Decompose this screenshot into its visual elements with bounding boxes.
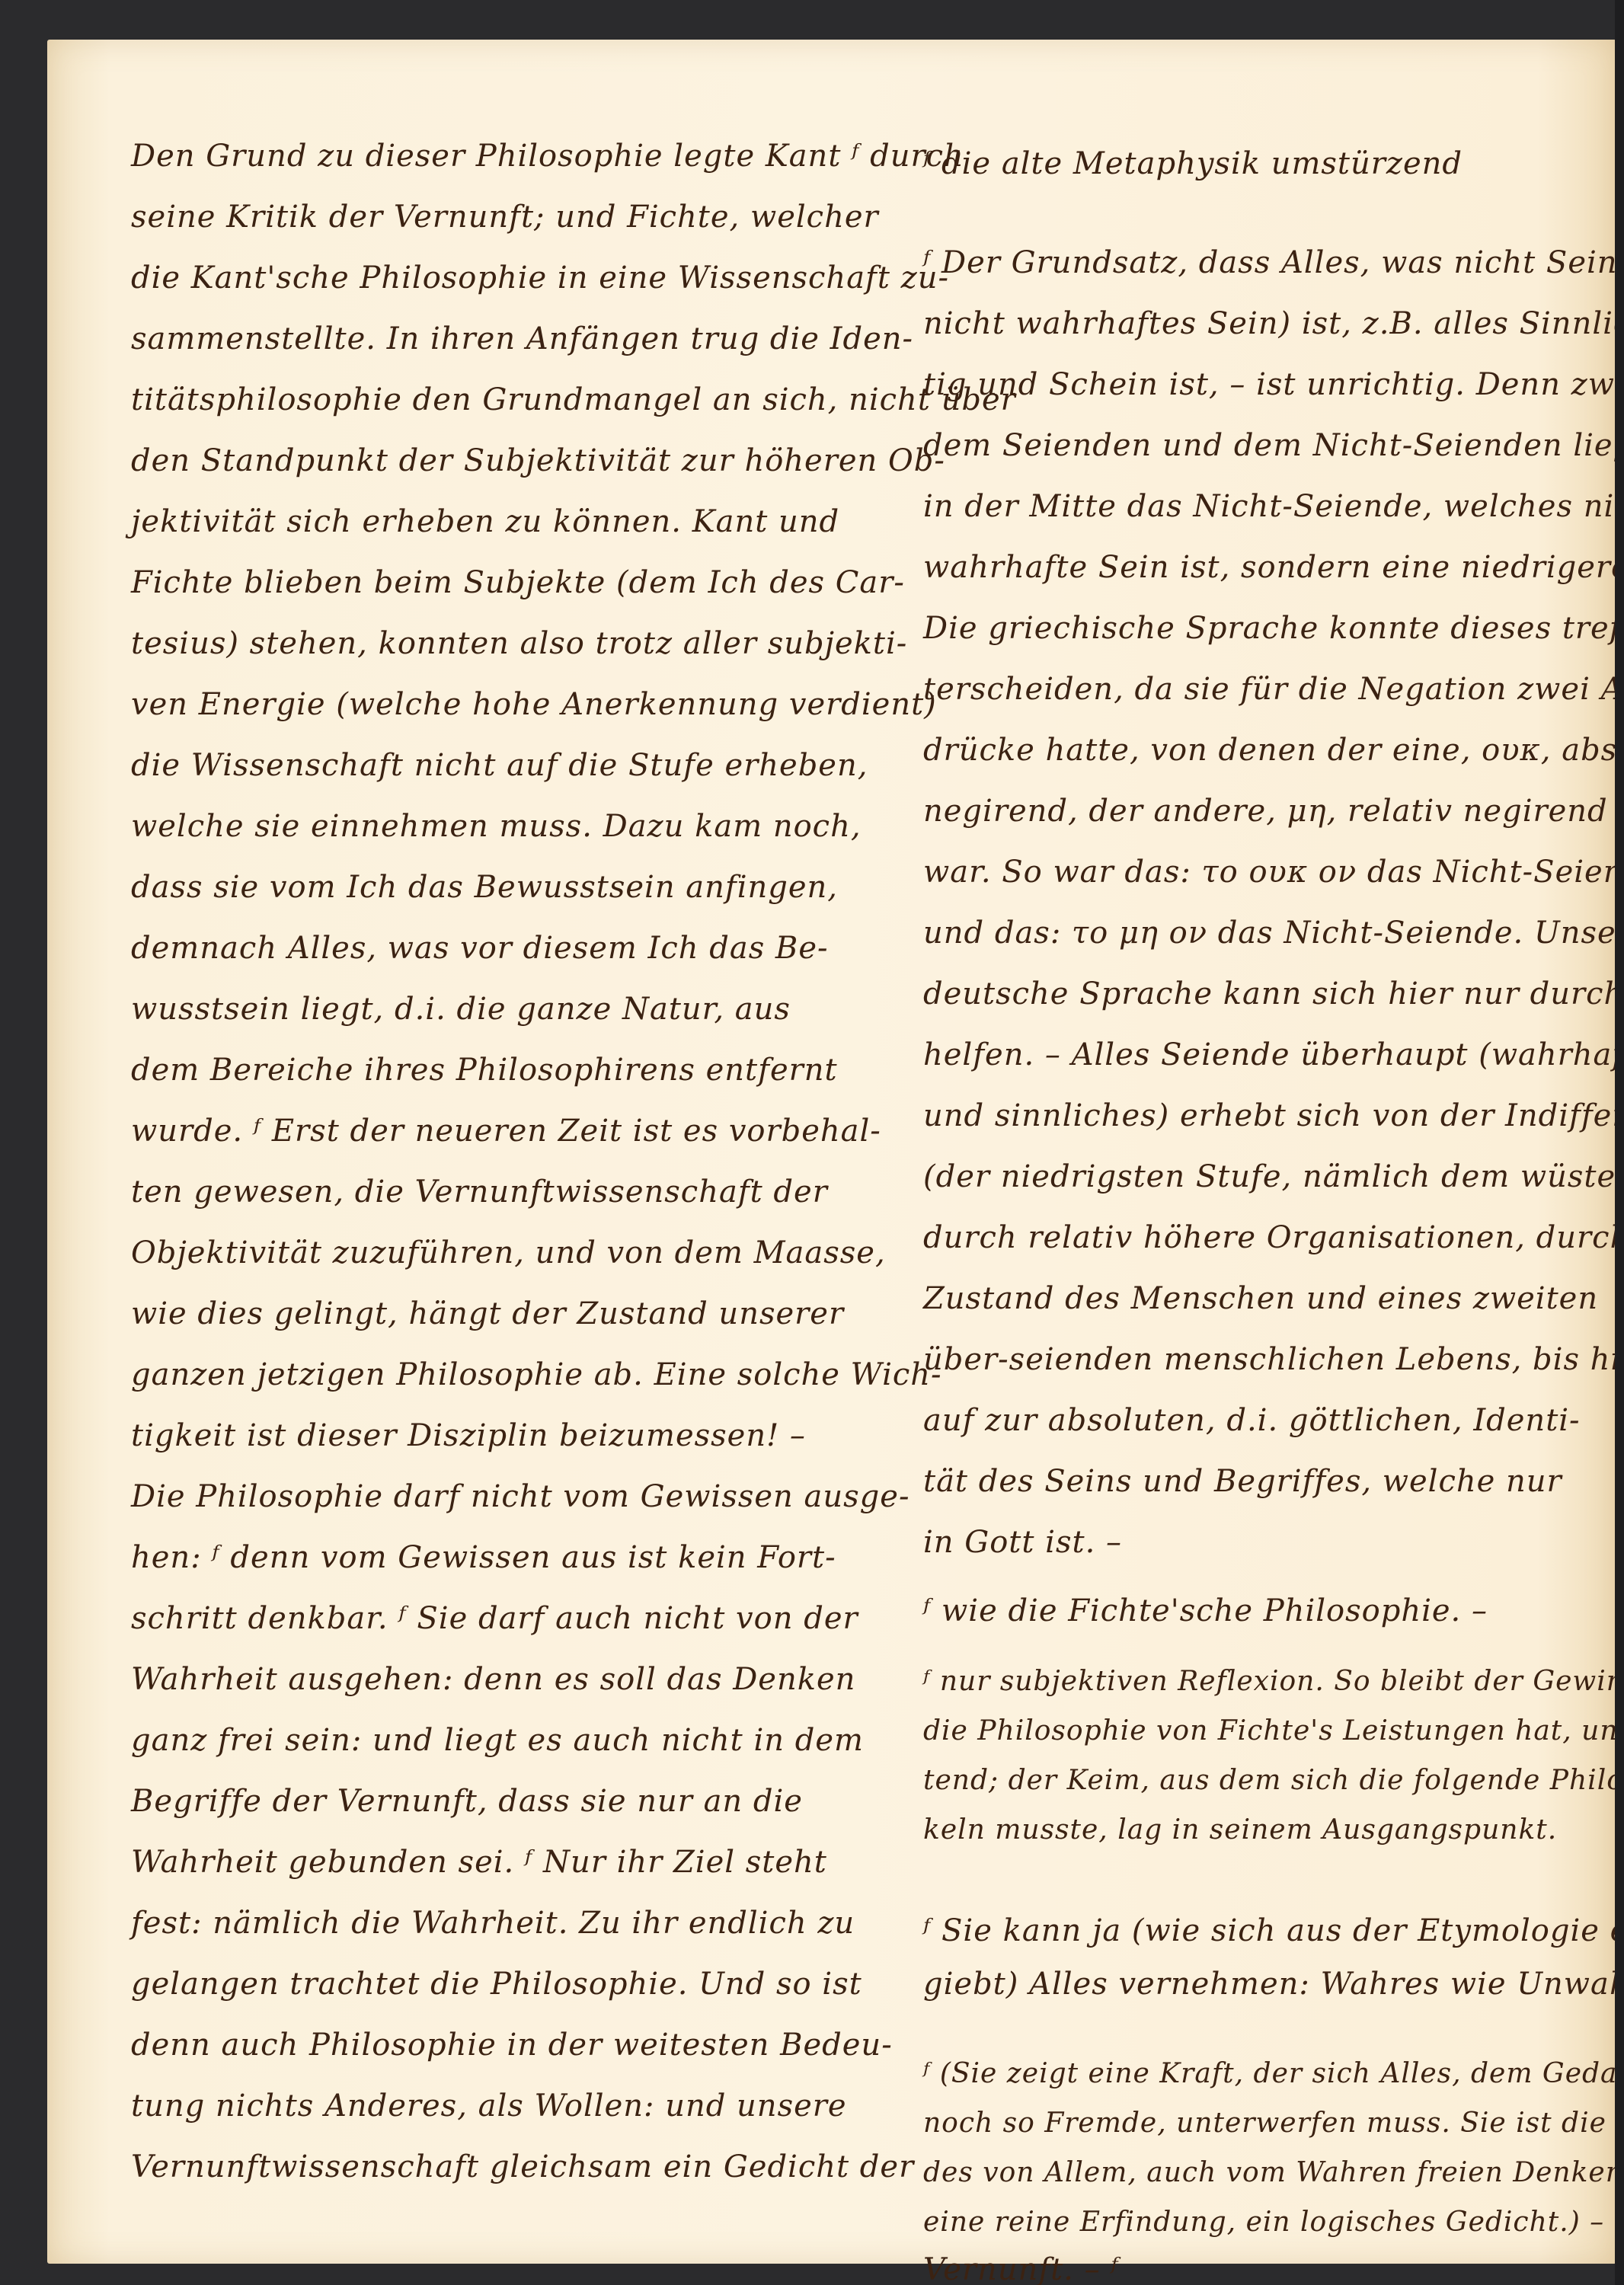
left-line: demnach Alles, was vor diesem Ich das Be… bbox=[131, 931, 829, 966]
left-line: Die Philosophie darf nicht vom Gewissen … bbox=[131, 1479, 910, 1514]
footnote-line: Zustand des Menschen und eines zweiten bbox=[923, 1281, 1598, 1316]
left-line: denn auch Philosophie in der weitesten B… bbox=[131, 2028, 893, 2063]
footnote-line: helfen. – Alles Seiende überhaupt (wahrh… bbox=[923, 1037, 1624, 1072]
footnote-line: in der Mitte das Nicht-Seiende, welches … bbox=[923, 489, 1624, 524]
footnote-line: ᶠ nur subjektiven Reflexion. So bleibt d… bbox=[923, 1666, 1624, 1697]
footnote-line: negirend, der andere, μη, relativ negire… bbox=[923, 794, 1608, 829]
footnote-line: terscheiden, da sie für die Negation zwe… bbox=[923, 672, 1624, 707]
footnote-line: Vernunft. – ᶠ bbox=[923, 2252, 1119, 2285]
footnote-line: in Gott ist. – bbox=[923, 1525, 1122, 1560]
footnote-line: tend; der Keim, aus dem sich die folgend… bbox=[923, 1765, 1624, 1796]
footnote-line: tig und Schein ist, – ist unrichtig. Den… bbox=[923, 367, 1624, 402]
footnote-line: ᶠ die alte Metaphysik umstürzend bbox=[923, 146, 1463, 181]
footnote-line: ᶠ Sie kann ja (wie sich aus der Etymolog… bbox=[923, 1913, 1624, 1948]
book-binding bbox=[1615, 0, 1624, 2285]
footnote-line: wahrhafte Sein ist, sondern eine niedrig… bbox=[923, 550, 1624, 585]
left-line: ganz frei sein: und liegt es auch nicht … bbox=[131, 1723, 864, 1758]
left-line: gelangen trachtet die Philosophie. Und s… bbox=[131, 1967, 862, 2002]
left-line: wusstsein liegt, d.i. die ganze Natur, a… bbox=[131, 992, 791, 1027]
manuscript-page: Den Grund zu dieser Philosophie legte Ka… bbox=[47, 40, 1616, 2264]
footnote-line: ᶠ Der Grundsatz, dass Alles, was nicht S… bbox=[923, 245, 1624, 280]
left-line: Den Grund zu dieser Philosophie legte Ka… bbox=[131, 139, 964, 174]
footnote-line: war. So war das: το ουκ ον das Nicht-Sei… bbox=[923, 855, 1624, 890]
footnote-line: ᶠ wie die Fichte'sche Philosophie. – bbox=[923, 1593, 1488, 1628]
left-line: Vernunftwissenschaft gleichsam ein Gedic… bbox=[131, 2149, 914, 2184]
left-line: Begriffe der Vernunft, dass sie nur an d… bbox=[131, 1784, 803, 1819]
left-line: die Wissenschaft nicht auf die Stufe erh… bbox=[131, 748, 868, 783]
left-line: seine Kritik der Vernunft; und Fichte, w… bbox=[131, 200, 879, 235]
footnote-line: (der niedrigsten Stufe, nämlich dem wüst… bbox=[923, 1159, 1624, 1194]
left-line: ten gewesen, die Vernunftwissenschaft de… bbox=[131, 1174, 828, 1210]
left-line: dass sie vom Ich das Bewusstsein anfinge… bbox=[131, 870, 838, 905]
left-line: tigkeit ist dieser Disziplin beizumessen… bbox=[131, 1418, 806, 1453]
footnote-line: nicht wahrhaftes Sein) ist, z.B. alles S… bbox=[923, 306, 1624, 341]
footnote-line: die Philosophie von Fichte's Leistungen … bbox=[923, 1715, 1624, 1747]
footnote-line: eine reine Erfindung, ein logisches Gedi… bbox=[923, 2207, 1604, 2238]
footnote-line: auf zur absoluten, d.i. göttlichen, Iden… bbox=[923, 1403, 1581, 1438]
footnote-line: über-seienden menschlichen Lebens, bis h… bbox=[923, 1342, 1624, 1377]
footnote-line: Die griechische Sprache konnte dieses tr… bbox=[923, 611, 1624, 646]
left-line: schritt denkbar. ᶠ Sie darf auch nicht v… bbox=[131, 1601, 858, 1636]
left-line: sammenstellte. In ihren Anfängen trug di… bbox=[131, 321, 913, 356]
footnote-line: deutsche Sprache kann sich hier nur durc… bbox=[923, 976, 1624, 1011]
left-line: ven Energie (welche hohe Anerkennung ver… bbox=[131, 687, 937, 722]
footnote-line: tät des Seins und Begriffes, welche nur bbox=[923, 1464, 1562, 1499]
left-line: Objektivität zuzuführen, und von dem Maa… bbox=[131, 1235, 886, 1270]
footnote-line: und das: το μη ον das Nicht-Seiende. Uns… bbox=[923, 916, 1624, 951]
footnote-line: ᶠ (Sie zeigt eine Kraft, der sich Alles,… bbox=[923, 2058, 1624, 2089]
footnote-line: durch relativ höhere Organisationen, dur… bbox=[923, 1220, 1624, 1255]
left-line: fest: nämlich die Wahrheit. Zu ihr endli… bbox=[131, 1906, 855, 1941]
footnote-line: des von Allem, auch vom Wahren freien De… bbox=[923, 2157, 1624, 2188]
footnote-line: drücke hatte, von denen der eine, ουκ, a… bbox=[923, 733, 1624, 768]
left-line: die Kant'sche Philosophie in eine Wissen… bbox=[131, 260, 949, 296]
footnote-line: noch so Fremde, unterwerfen muss. Sie is… bbox=[923, 2108, 1624, 2139]
footnote-line: giebt) Alles vernehmen: Wahres wie Unwah… bbox=[923, 1967, 1624, 2002]
left-line: ganzen jetzigen Philosophie ab. Eine sol… bbox=[131, 1357, 942, 1392]
left-line: hen: ᶠ denn vom Gewissen aus ist kein Fo… bbox=[131, 1540, 836, 1575]
footnote-line: und sinnliches) erhebt sich von der Indi… bbox=[923, 1098, 1624, 1133]
footnote-line: dem Seienden und dem Nicht-Seienden lieg… bbox=[923, 428, 1624, 463]
left-line: tung nichts Anderes, als Wollen: und uns… bbox=[131, 2088, 847, 2124]
left-line: Wahrheit gebunden sei. ᶠ Nur ihr Ziel st… bbox=[131, 1845, 827, 1880]
left-line: wie dies gelingt, hängt der Zustand unse… bbox=[131, 1296, 844, 1331]
left-line: den Standpunkt der Subjektivität zur höh… bbox=[131, 443, 945, 478]
footnote-line: keln musste, lag in seinem Ausgangspunkt… bbox=[923, 1814, 1557, 1846]
left-line: welche sie einnehmen muss. Dazu kam noch… bbox=[131, 809, 862, 844]
left-line: Fichte blieben beim Subjekte (dem Ich de… bbox=[131, 565, 905, 600]
left-line: wurde. ᶠ Erst der neueren Zeit ist es vo… bbox=[131, 1114, 881, 1149]
left-line: dem Bereiche ihres Philosophirens entfer… bbox=[131, 1053, 838, 1088]
left-line: jektivität sich erheben zu können. Kant … bbox=[131, 504, 839, 539]
left-line: titätsphilosophie den Grundmangel an sic… bbox=[131, 382, 1016, 417]
left-line: tesius) stehen, konnten also trotz aller… bbox=[131, 626, 907, 661]
left-line: Wahrheit ausgehen: denn es soll das Denk… bbox=[131, 1662, 855, 1697]
